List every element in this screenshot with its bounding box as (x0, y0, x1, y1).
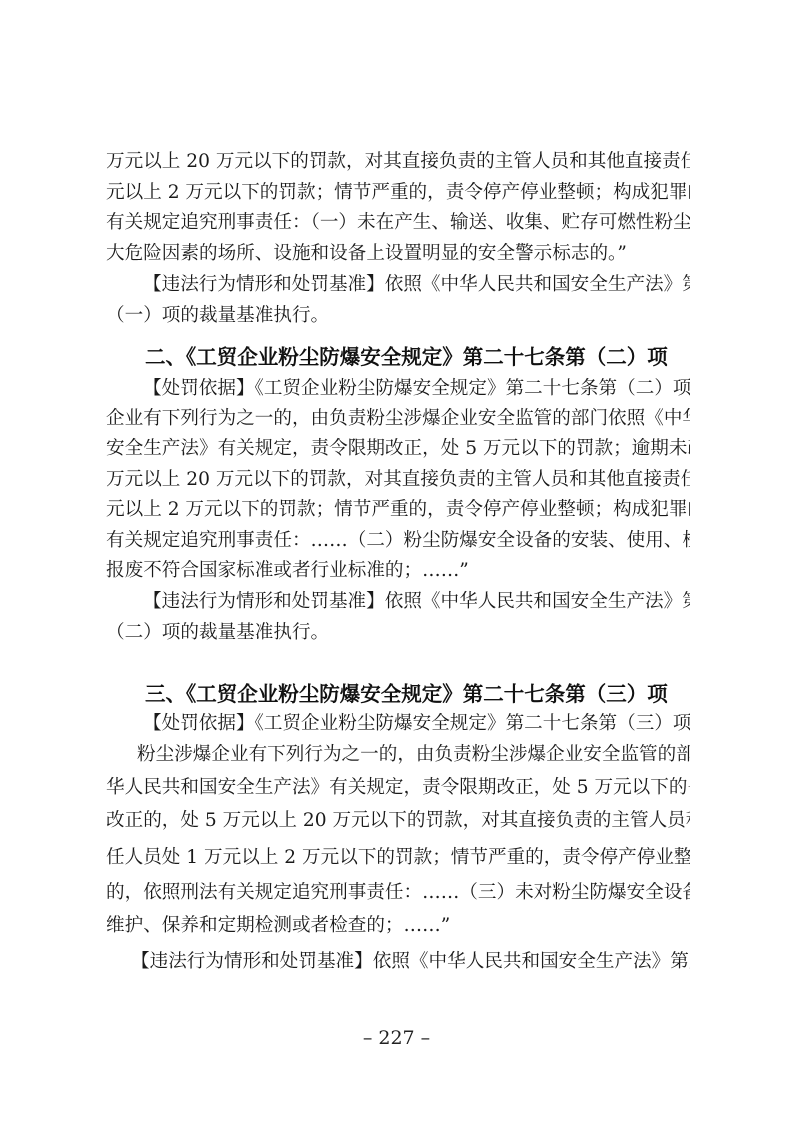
basis-title: 【处罚依据】《工贸企业粉尘防爆安全规定》第二十七条第（三）项 (143, 712, 690, 736)
benchmark-line: 【违法行为情形和处罚基准】依照《中华人民共和国安全生产法》第九十九条第 (143, 273, 690, 297)
benchmark-line: 【违法行为情形和处罚基准】依照《中华人民共和国安全生产法》第九十九条第 (143, 590, 690, 614)
body-line: 粉尘涉爆企业有下列行为之一的，由负责粉尘涉爆企业安全监管的部门依照《中 (137, 743, 690, 767)
benchmark-line: 【违法行为情形和处罚基准】依照《中华人民共和国安全生产法》第九十九条第 (131, 950, 690, 974)
section-heading-2: 二、《工贸企业粉尘防爆安全规定》第二十七条第（二）项 (145, 343, 668, 371)
basis-line: 企业有下列行为之一的，由负责粉尘涉爆企业安全监管的部门依照《中华人民共和国 (106, 407, 690, 431)
body-line: 华人民共和国安全生产法》有关规定，责令限期改正，处 5 万元以下的罚款；逾期未 (106, 776, 690, 800)
basis-line: 报废不符合国家标准或者行业标准的；……” (106, 559, 690, 583)
basis-line: 有关规定追究刑事责任：……（二）粉尘防爆安全设备的安装、使用、检测、改造和 (106, 529, 690, 553)
section-heading-3: 三、《工贸企业粉尘防爆安全规定》第二十七条第（三）项 (145, 680, 668, 708)
body-line: 任人员处 1 万元以上 2 万元以下的罚款；情节严重的，责令停产停业整顿；构成犯… (106, 846, 690, 870)
benchmark-line: （二）项的裁量基准执行。 (106, 621, 690, 645)
basis-line: 安全生产法》有关规定，责令限期改正，处 5 万元以下的罚款；逾期未改正的，处 5 (106, 437, 690, 461)
paragraph-line: 万元以上 20 万元以下的罚款，对其直接负责的主管人员和其他直接责任人员处 1 … (106, 150, 690, 174)
paragraph-line: 有关规定追究刑事责任：（一）未在产生、输送、收集、贮存可燃性粉尘，并且有较 (106, 211, 690, 235)
benchmark-line: （一）项的裁量基准执行。 (106, 304, 690, 328)
body-line: 维护、保养和定期检测或者检查的；……” (106, 914, 690, 938)
page-number: – 227 – (0, 1026, 793, 1050)
basis-line: 元以上 2 万元以下的罚款；情节严重的，责令停产停业整顿；构成犯罪的，依照刑法 (106, 498, 690, 522)
document-page: 万元以上 20 万元以下的罚款，对其直接负责的主管人员和其他直接责任人员处 1 … (0, 0, 793, 1122)
body-line: 改正的，处 5 万元以上 20 万元以下的罚款，对其直接负责的主管人员和其他直接… (106, 809, 690, 833)
paragraph-line: 元以上 2 万元以下的罚款；情节严重的，责令停产停业整顿；构成犯罪的，依照刑法 (106, 181, 690, 205)
paragraph-line: 大危险因素的场所、设施和设备上设置明显的安全警示标志的。” (106, 242, 690, 266)
basis-line: 万元以上 20 万元以下的罚款，对其直接负责的主管人员和其他直接责任人员处 1 … (106, 468, 690, 492)
basis-line: 【处罚依据】《工贸企业粉尘防爆安全规定》第二十七条第（二）项：“粉尘涉爆 (143, 377, 690, 401)
body-line: 的，依照刑法有关规定追究刑事责任：……（三）未对粉尘防爆安全设备进行经常性 (106, 881, 690, 905)
